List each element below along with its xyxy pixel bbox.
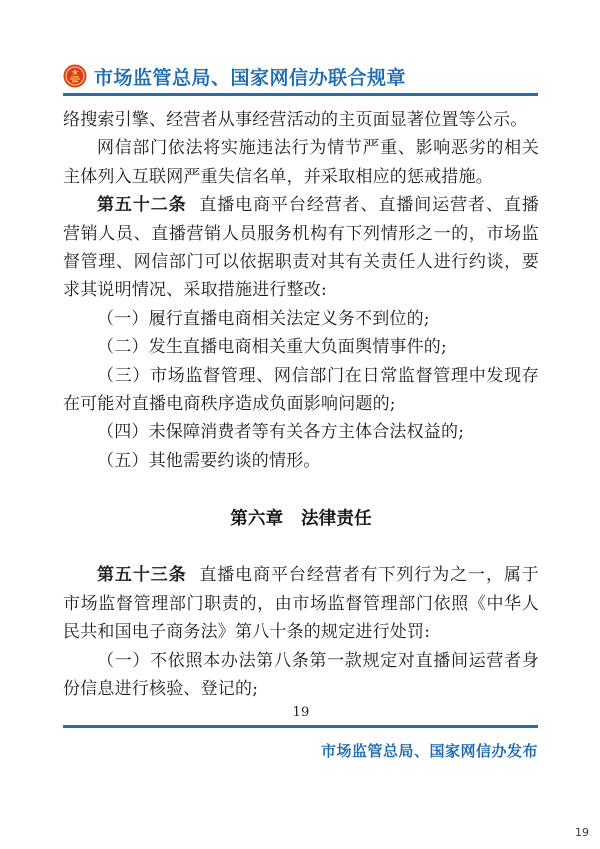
footer-divider: [63, 725, 538, 728]
list-item-5: （五）其他需要约谈的情形。: [63, 447, 539, 475]
paragraph-continuation: 络搜索引擎、经营者从事经营活动的主页面显著位置等公示。: [63, 106, 539, 134]
corner-page-number: 19: [575, 826, 589, 839]
footer-publisher: 市场监管总局、国家网信办发布: [321, 740, 538, 761]
page-number: 19: [63, 704, 539, 722]
header-title: 市场监管总局、国家网信办联合规章: [94, 63, 406, 90]
list-item-1: （一）履行直播电商相关法定义务不到位的;: [63, 305, 539, 333]
list-item-53-1: （一）不依照本办法第八条第一款规定对直播间运营者身份信息进行核验、登记的;: [63, 647, 539, 704]
document-body: 络搜索引擎、经营者从事经营活动的主页面显著位置等公示。 网信部门依法将实施违法行…: [63, 106, 539, 722]
article-53-number: 第五十三条: [97, 565, 187, 585]
paragraph: 网信部门依法将实施违法行为情节严重、影响恶劣的相关主体列入互联网严重失信名单，并…: [63, 134, 539, 191]
list-item-3: （三）市场监督管理、网信部门在日常监督管理中发现存在可能对直播电商秩序造成负面影…: [63, 362, 539, 419]
list-item-2: （二）发生直播电商相关重大负面舆情事件的;: [63, 333, 539, 361]
national-emblem-icon: [63, 64, 87, 88]
chapter-heading: 第六章 法律责任: [63, 505, 539, 534]
document-page: 市场监管总局、国家网信办联合规章 络搜索引擎、经营者从事经营活动的主页面显著位置…: [0, 0, 600, 849]
list-item-4: （四）未保障消费者等有关各方主体合法权益的;: [63, 418, 539, 446]
article-52-paragraph: 第五十二条直播电商平台经营者、直播间运营者、直播营销人员、直播营销人员服务机构有…: [63, 191, 539, 305]
article-52-number: 第五十二条: [97, 195, 187, 215]
article-53-paragraph: 第五十三条直播电商平台经营者有下列行为之一，属于市场监督管理部门职责的，由市场监…: [63, 561, 539, 646]
page-header: 市场监管总局、国家网信办联合规章: [63, 59, 538, 96]
